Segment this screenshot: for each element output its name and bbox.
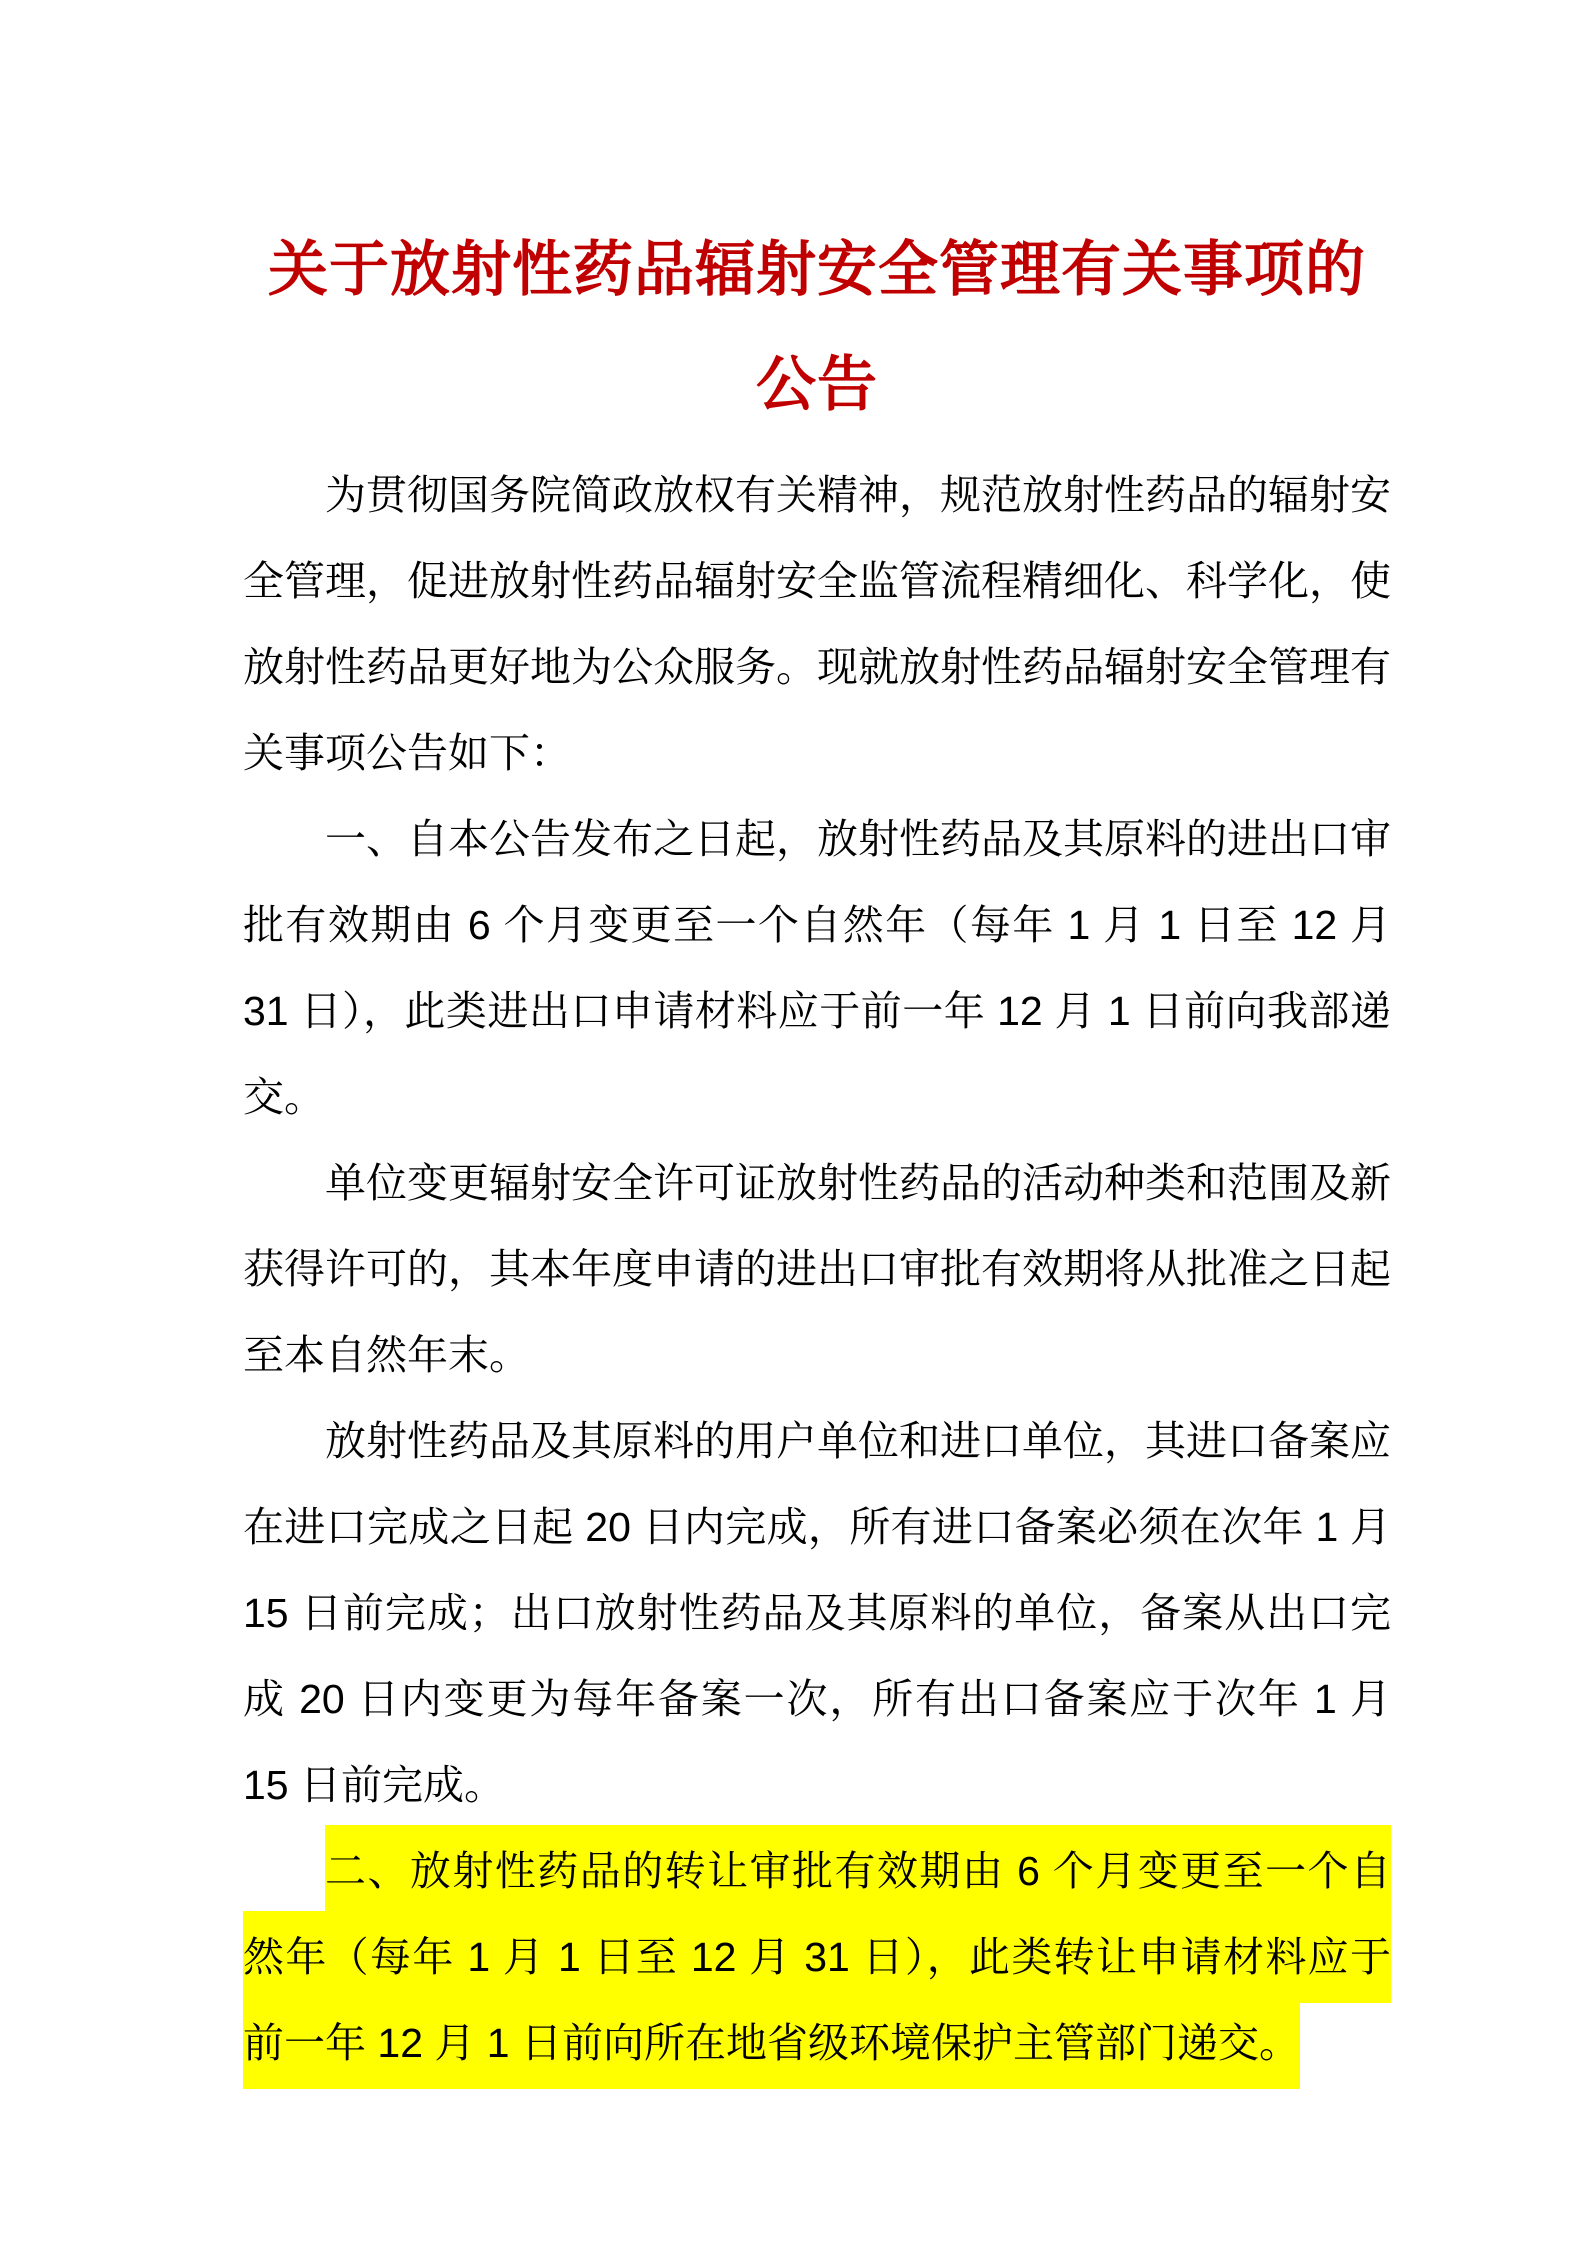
document-page: 关于放射性药品辐射安全管理有关事项的 公告 为贯彻国务院简政放权有关精神，规范放… — [0, 0, 1588, 2245]
document-content: 关于放射性药品辐射安全管理有关事项的 公告 为贯彻国务院简政放权有关精神，规范放… — [243, 212, 1391, 2086]
paragraph: 为贯彻国务院简政放权有关精神，规范放射性药品的辐射安全管理，促进放射性药品辐射安… — [243, 452, 1391, 796]
document-title: 关于放射性药品辐射安全管理有关事项的 公告 — [243, 212, 1391, 442]
document-body: 为贯彻国务院简政放权有关精神，规范放射性药品的辐射安全管理，促进放射性药品辐射安… — [243, 452, 1391, 2086]
paragraph: 单位变更辐射安全许可证放射性药品的活动种类和范围及新获得许可的，其本年度申请的进… — [243, 1140, 1391, 1398]
paragraph: 一、自本公告发布之日起，放射性药品及其原料的进出口审批有效期由 6 个月变更至一… — [243, 796, 1391, 1140]
paragraph: 放射性药品及其原料的用户单位和进口单位，其进口备案应在进口完成之日起 20 日内… — [243, 1398, 1391, 1828]
highlight-span: 二、放射性药品的转让审批有效期由 6 个月变更至一个自然年（每年 1 月 1 日… — [243, 1825, 1391, 2089]
highlighted-paragraph: 二、放射性药品的转让审批有效期由 6 个月变更至一个自然年（每年 1 月 1 日… — [243, 1828, 1391, 2086]
title-line-1: 关于放射性药品辐射安全管理有关事项的 — [243, 212, 1391, 327]
title-line-2: 公告 — [243, 327, 1391, 442]
